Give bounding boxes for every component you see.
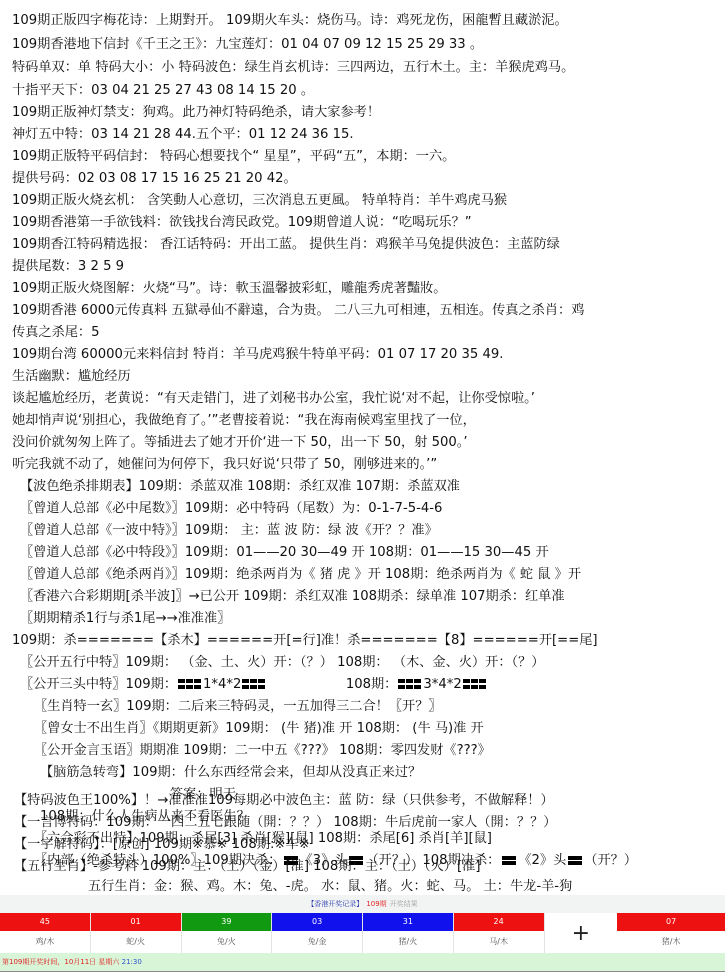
ball-zodiac: 兔/金 [272, 931, 362, 953]
text-line: 〖曾道人总部《必中特段》〗109期：01——20 30—49 开 108期：01… [20, 542, 549, 564]
text-line: 提供号码：02 03 08 17 15 16 25 21 20 42。 [12, 168, 297, 190]
text-line: 〖曾道人总部《必中尾数》〗109期：必中特码（尾数）为：0-1-7-5-4-6 [20, 498, 442, 520]
text-line: 109期正版火烧玄机： 含笑動人心意切，三次消息五更風。 特单特肖：羊牛鸡虎马猴 [12, 190, 507, 212]
neibu-value-108: 《2》头 [518, 853, 566, 868]
draw-time-value: 21:30 [122, 958, 142, 966]
text-line: 十指平天下：03 04 21 25 27 43 08 14 15 20 。 [12, 80, 314, 102]
santou-value-109: 1*4*2 [203, 677, 241, 692]
text-line: 〖曾女士不出生肖〗《期期更新》109期： (牛 猪)准 开 108期： (牛 马… [34, 718, 484, 740]
text-line: 109期香港 6000元传真料 五獄尋仙不辭遠，合为贵。 二八三九可相連，五相连… [12, 300, 584, 322]
special-ball: 07 猪/木 [617, 913, 725, 953]
ball-number: 45 [0, 913, 90, 931]
ball-number: 31 [363, 913, 453, 931]
text-line: 〖香港六合彩期期[杀半波]〗→已公开 109期：杀红双准 108期杀：绿单准 1… [20, 586, 565, 608]
ball-6: 24 马/木 [454, 913, 545, 953]
draw-time-label: 第109期开奖时间，10月11日 星期六 [2, 958, 119, 966]
result-balls: 45 鸡/木 01 蛇/火 39 兔/火 03 兔/金 31 猪/火 24 马/… [0, 913, 725, 953]
santou-label-108: 108期： [346, 677, 398, 692]
humor-text: 听完我就不动了，她催问为何停下，我只好说‘只带了 50，刚够进来的。’” [12, 454, 437, 476]
text-line: 109期香港地下信封《千王之王》：九宝莲灯：01 04 07 09 12 15 … [12, 34, 483, 56]
text-line: 〖期期精杀1行与杀1尾→→准准准〗 [20, 608, 230, 630]
text-line: 〖曾道人总部《一波中特》〗109期： 主：蓝 波 防：绿 波《开？？准》 [20, 520, 438, 542]
lottery-results-widget: 【香港开奖记录】109期开奖结果 45 鸡/木 01 蛇/火 39 兔/火 03… [0, 895, 725, 976]
ball-zodiac: 马/木 [454, 931, 544, 953]
ball-3: 39 兔/火 [182, 913, 273, 953]
ball-zodiac: 猪/火 [363, 931, 453, 953]
ball-2: 01 蛇/火 [91, 913, 182, 953]
draw-time-bar: 第109期开奖时间，10月11日 星期六 21:30 [0, 953, 725, 972]
text-line: 神灯五中特：03 14 21 28 44.五个平：01 12 24 36 15. [12, 124, 354, 146]
block-icon [398, 679, 422, 689]
text-line: 提供尾数：3 2 5 9 [12, 256, 124, 278]
widget-header: 【香港开奖记录】109期开奖结果 [0, 895, 725, 913]
ball-5: 31 猪/火 [363, 913, 454, 953]
ball-number: 39 [182, 913, 272, 931]
ball-number: 24 [454, 913, 544, 931]
widget-period: 109期 [366, 900, 386, 908]
text-line: 〖公开五行中特〗109期： （金、土、火）开：（？） 108期： （木、金、火）… [20, 652, 544, 674]
text-line: 【一言博特码：109期：一四二五七跟随（開：？？） 108期：牛后虎前一家人（開… [14, 812, 556, 834]
text-line: 特码单双：单 特码大小：小 特码波色：绿生肖玄机诗：三四两边，五行木土。主：羊猴… [12, 57, 574, 79]
ball-number: 03 [272, 913, 362, 931]
ball-1: 45 鸡/木 [0, 913, 91, 953]
ball-zodiac: 猪/木 [617, 931, 725, 953]
santou-label: 〖公开三头中特〗109期： [20, 677, 177, 692]
text-line: 109期香江特码精选报： 香江话特码：开出工蓝。 提供生肖：鸡猴羊马兔提供波色：… [12, 234, 560, 256]
text-line: 109期正版四字梅花诗：上期對开。 109期火车头：烧伤马。诗：鸡死龙伤，困龍暫… [12, 10, 568, 32]
text-line: 109期正版火烧图解：火烧“马”。诗：軟玉溫馨披彩虹，雕龍秀虎著豔妝。 [12, 278, 446, 300]
santou-line: 〖公开三头中特〗109期：1*4*2 108期：3*4*2 [20, 674, 488, 696]
block-icon [242, 679, 266, 689]
text-line: 109期香港第一手欲钱料：欲钱找台湾民政党。109期曾道人说：“吃喝玩乐？” [12, 212, 472, 234]
text-line: 〖生肖特一玄〗109期：二后来三特码灵，一五加得三二合！〖开？〗 [34, 696, 442, 718]
block-icon [568, 856, 582, 865]
humor-text: 她却悄声说‘别担心，我做绝育了。’”老曹接着说：“我在海南候鸡室里找了一位， [12, 410, 476, 432]
ball-4: 03 兔/金 [272, 913, 363, 953]
text-line: 〖曾道人总部《绝杀两肖》〗109期：绝杀两肖为《 猪 虎 》开 108期：绝杀两… [20, 564, 581, 586]
ball-number: 07 [617, 913, 725, 931]
text-line: 109期正版神灯禁支：狗鸡。此乃神灯特码绝杀，请大家参考！ [12, 102, 380, 124]
neibu-open-108: （开？） [584, 853, 637, 868]
text-line: 【五行生肖】-参考料 109期：主：（土）（金）[准] 108期：主：（土）（火… [14, 856, 480, 878]
ball-zodiac: 兔/火 [182, 931, 272, 953]
ball-zodiac: 鸡/木 [0, 931, 90, 953]
santou-value-108: 3*4*2 [423, 677, 461, 692]
widget-title[interactable]: 【香港开奖记录】 [307, 900, 363, 908]
text-line: 【一字解特码】：[原创] 109期※慕※ 108期:※车※ [14, 834, 310, 856]
text-line: 109期台湾 60000元来料信封 特肖：羊马虎鸡猴牛特单平码：01 07 17… [12, 344, 503, 366]
text-line: 109期正版特平码信封： 特码心想要找个“ 星星”，平码“五”，本期：一六。 [12, 146, 455, 168]
plus-icon: + [545, 913, 618, 953]
humor-text: 谈起尴尬经历，老黄说：“有天走错门，进了刘秘书办公室，我忙说‘对不起，让你受惊啦… [12, 388, 535, 410]
ball-zodiac: 蛇/火 [91, 931, 181, 953]
ball-number: 01 [91, 913, 181, 931]
widget-subtitle: 开奖结果 [390, 900, 418, 908]
humor-title: 生活幽默：尴尬经历 [12, 366, 131, 388]
text-line: 【特码波色王100%】！→准准准109每期必中波色主：蓝 防：绿（只供参考，不做… [14, 790, 554, 812]
block-icon [463, 679, 487, 689]
text-line: 109期：杀=======【杀木】======开[=行]准！杀=======【8… [12, 630, 598, 652]
text-line: 传真之杀尾：5 [12, 322, 100, 344]
wave-kill-schedule: 【波色绝杀排期表】109期：杀蓝双准 108期：杀红双准 107期：杀蓝双准 [20, 476, 460, 498]
block-icon [502, 856, 516, 865]
humor-text: 没问价就匆匆上阵了。等插进去了她才开价‘进一下 50，出一下 50，射 500。… [12, 432, 468, 454]
text-line: 〖公开金言玉语〗期期准 109期：二一中五《???》 108期：零四发财《???… [34, 740, 491, 762]
riddle-question: 【脑筋急转弯】109期：什么东西经常会来，但却从没真正来过？ [40, 762, 421, 784]
block-icon [178, 679, 202, 689]
